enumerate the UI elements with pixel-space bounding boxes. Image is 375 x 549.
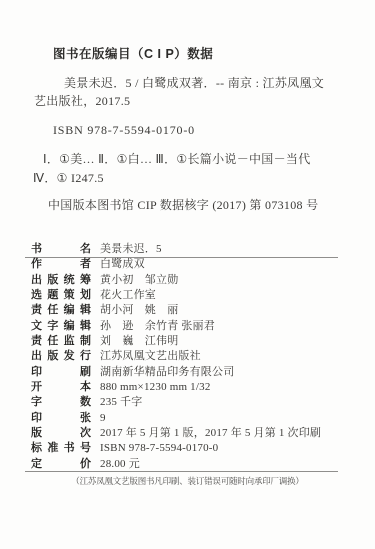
colophon-row: 选题策划花火工作室 [31,288,345,303]
colophon-row-value: 江苏凤凰文艺出版社 [100,349,201,364]
colophon-row-label: 定价 [31,457,91,472]
colophon-row-value: 刘 巍 江伟明 [100,334,178,349]
colophon-row-label: 标准书号 [31,441,91,456]
colophon-row-value: 235 千字 [100,395,142,410]
colophon-row: 定价28.00 元 [31,457,345,472]
colophon-row-value: 花火工作室 [100,288,156,303]
cip-isbn: ISBN 978-7-5594-0170-0 [53,123,195,138]
copyright-page: 图书在版编目（C I P）数据 美景未迟．5 / 白鹭成双著．-- 南京 : 江… [0,0,375,549]
colophon-row-value: ISBN 978-7-5594-0170-0 [100,441,218,456]
colophon-row: 开本880 mm×1230 mm 1/32 [31,380,345,395]
colophon-row: 印刷湖南新华精品印务有限公司 [31,365,345,380]
colophon-row-label: 选题策划 [31,288,91,303]
colophon-row-value: 胡小河 姚 丽 [100,303,178,318]
colophon-row: 印张9 [31,411,345,426]
cip-summary-line1: 美景未迟．5 / 白鹭成双著．-- 南京 : 江苏凤凰文 [64,74,324,91]
colophon-row-label: 版次 [31,426,91,441]
colophon-row-value: 28.00 元 [100,457,140,472]
colophon-row: 责任监制刘 巍 江伟明 [31,334,345,349]
divider-bottom [25,471,338,472]
colophon-row-value: 白鹭成双 [100,257,145,272]
colophon-row: 出版发行江苏凤凰文艺出版社 [31,349,345,364]
colophon-row-value: 黄小初 邹立勋 [100,273,178,288]
colophon-row: 字数235 千字 [31,395,345,410]
cip-record-number: 中国版本图书馆 CIP 数据核字 (2017) 第 073108 号 [48,196,318,213]
colophon-table: 书名美景未迟．5作者白鹭成双出版统筹黄小初 邹立勋选题策划花火工作室责任编辑胡小… [31,242,345,472]
colophon-row: 书名美景未迟．5 [31,242,345,257]
exchange-notice: （江苏凤凰文艺版图书凡印刷、装订错误可随时向承印厂调换） [0,475,375,487]
colophon-row-label: 责任编辑 [31,303,91,318]
colophon-row-label: 字数 [31,395,91,410]
cip-classification-line1: Ⅰ．①美… Ⅱ．①白… Ⅲ．①长篇小说－中国－当代 [43,150,311,167]
colophon-row-label: 作者 [31,257,91,272]
colophon-row-value: 9 [100,411,106,426]
colophon-row-label: 出版统筹 [31,273,91,288]
colophon-row-label: 责任监制 [31,334,91,349]
colophon-row: 出版统筹黄小初 邹立勋 [31,273,345,288]
colophon-row-label: 书名 [31,242,91,257]
cip-summary-line2: 艺出版社，2017.5 [34,92,130,109]
colophon-row-label: 印张 [31,411,91,426]
colophon-row: 版次2017 年 5 月第 1 版，2017 年 5 月第 1 次印刷 [31,426,345,441]
colophon-row-value: 湖南新华精品印务有限公司 [100,365,234,380]
colophon-row-value: 美景未迟．5 [100,242,162,257]
colophon-row: 责任编辑胡小河 姚 丽 [31,303,345,318]
colophon-row: 作者白鹭成双 [31,257,345,272]
colophon-row-label: 出版发行 [31,349,91,364]
colophon-row-label: 文字编辑 [31,319,91,334]
colophon-row-label: 印刷 [31,365,91,380]
colophon-row-label: 开本 [31,380,91,395]
colophon-row-value: 2017 年 5 月第 1 版，2017 年 5 月第 1 次印刷 [100,426,321,441]
colophon-row-value: 880 mm×1230 mm 1/32 [100,380,211,395]
cip-classification-line2: Ⅳ．① I247.5 [33,169,104,186]
colophon-row: 文字编辑孙 逊 余竹青 张丽君 [31,319,345,334]
colophon-row: 标准书号ISBN 978-7-5594-0170-0 [31,441,345,456]
colophon-row-value: 孙 逊 余竹青 张丽君 [100,319,215,334]
cip-header: 图书在版编目（C I P）数据 [53,44,213,62]
